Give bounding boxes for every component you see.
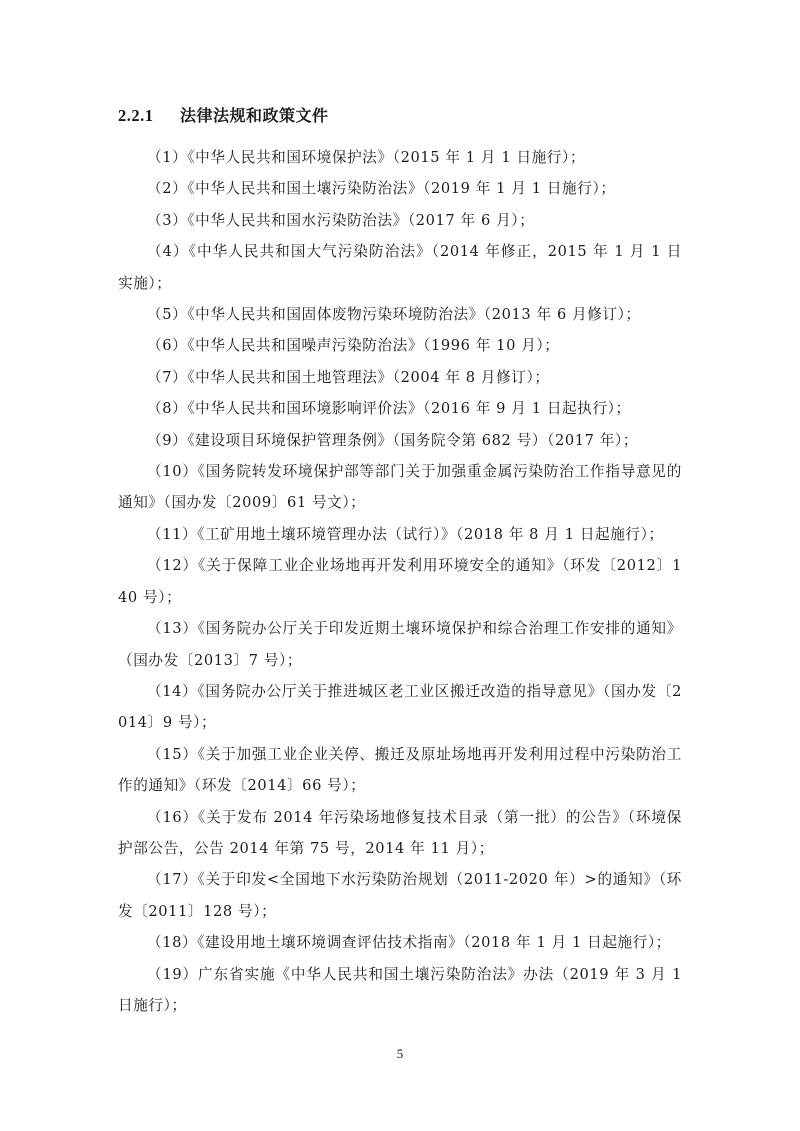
list-item: （2）《中华人民共和国土壤污染防治法》（2019 年 1 月 1 日施行）； (118, 173, 682, 204)
list-item: （15）《关于加强工业企业关停、搬迁及原址场地再开发利用过程中污染防治工作的通知… (118, 739, 682, 802)
list-item: （11）《工矿用地土壤环境管理办法（试行）》（2018 年 8 月 1 日起施行… (118, 519, 682, 550)
page-number: 5 (0, 1046, 800, 1062)
section-number: 2.2.1 (118, 106, 180, 126)
list-item: （12）《关于保障工业企业场地再开发利用环境安全的通知》（环发〔2012〕140… (118, 550, 682, 613)
list-item: （14）《国务院办公厅关于推进城区老工业区搬迁改造的指导意见》（国办发〔2014… (118, 676, 682, 739)
section-title: 法律法规和政策文件 (180, 106, 329, 125)
list-item: （18）《建设用地土壤环境调查评估技术指南》（2018 年 1 月 1 日起施行… (118, 927, 682, 958)
list-item: （3）《中华人民共和国水污染防治法》（2017 年 6 月）； (118, 205, 682, 236)
list-item: （19）广东省实施《中华人民共和国土壤污染防治法》办法（2019 年 3 月 1… (118, 959, 682, 1022)
list-item: （6）《中华人民共和国噪声污染防治法》（1996 年 10 月）； (118, 330, 682, 361)
list-item: （5）《中华人民共和国固体废物污染环境防治法》（2013 年 6 月修订）； (118, 299, 682, 330)
list-item: （7）《中华人民共和国土地管理法》（2004 年 8 月修订）； (118, 362, 682, 393)
list-item: （9）《建设项目环境保护管理条例》（国务院令第 682 号）（2017 年）； (118, 425, 682, 456)
list-item: （13）《国务院办公厅关于印发近期土壤环境保护和综合治理工作安排的通知》（国办发… (118, 613, 682, 676)
list-item: （17）《关于印发<全国地下水污染防治规划（2011-2020 年）>的通知》（… (118, 864, 682, 927)
regulation-list: （1）《中华人民共和国环境保护法》（2015 年 1 月 1 日施行）； （2）… (118, 142, 682, 1021)
document-page: 2.2.1法律法规和政策文件 （1）《中华人民共和国环境保护法》（2015 年 … (0, 0, 800, 1131)
section-heading: 2.2.1法律法规和政策文件 (118, 103, 329, 126)
list-item: （10）《国务院转发环境保护部等部门关于加强重金属污染防治工作指导意见的通知》（… (118, 456, 682, 519)
list-item: （1）《中华人民共和国环境保护法》（2015 年 1 月 1 日施行）； (118, 142, 682, 173)
list-item: （8）《中华人民共和国环境影响评价法》（2016 年 9 月 1 日起执行）； (118, 393, 682, 424)
list-item: （4）《中华人民共和国大气污染防治法》（2014 年修正，2015 年 1 月 … (118, 236, 682, 299)
list-item: （16）《关于发布 2014 年污染场地修复技术目录（第一批）的公告》（环境保护… (118, 802, 682, 865)
